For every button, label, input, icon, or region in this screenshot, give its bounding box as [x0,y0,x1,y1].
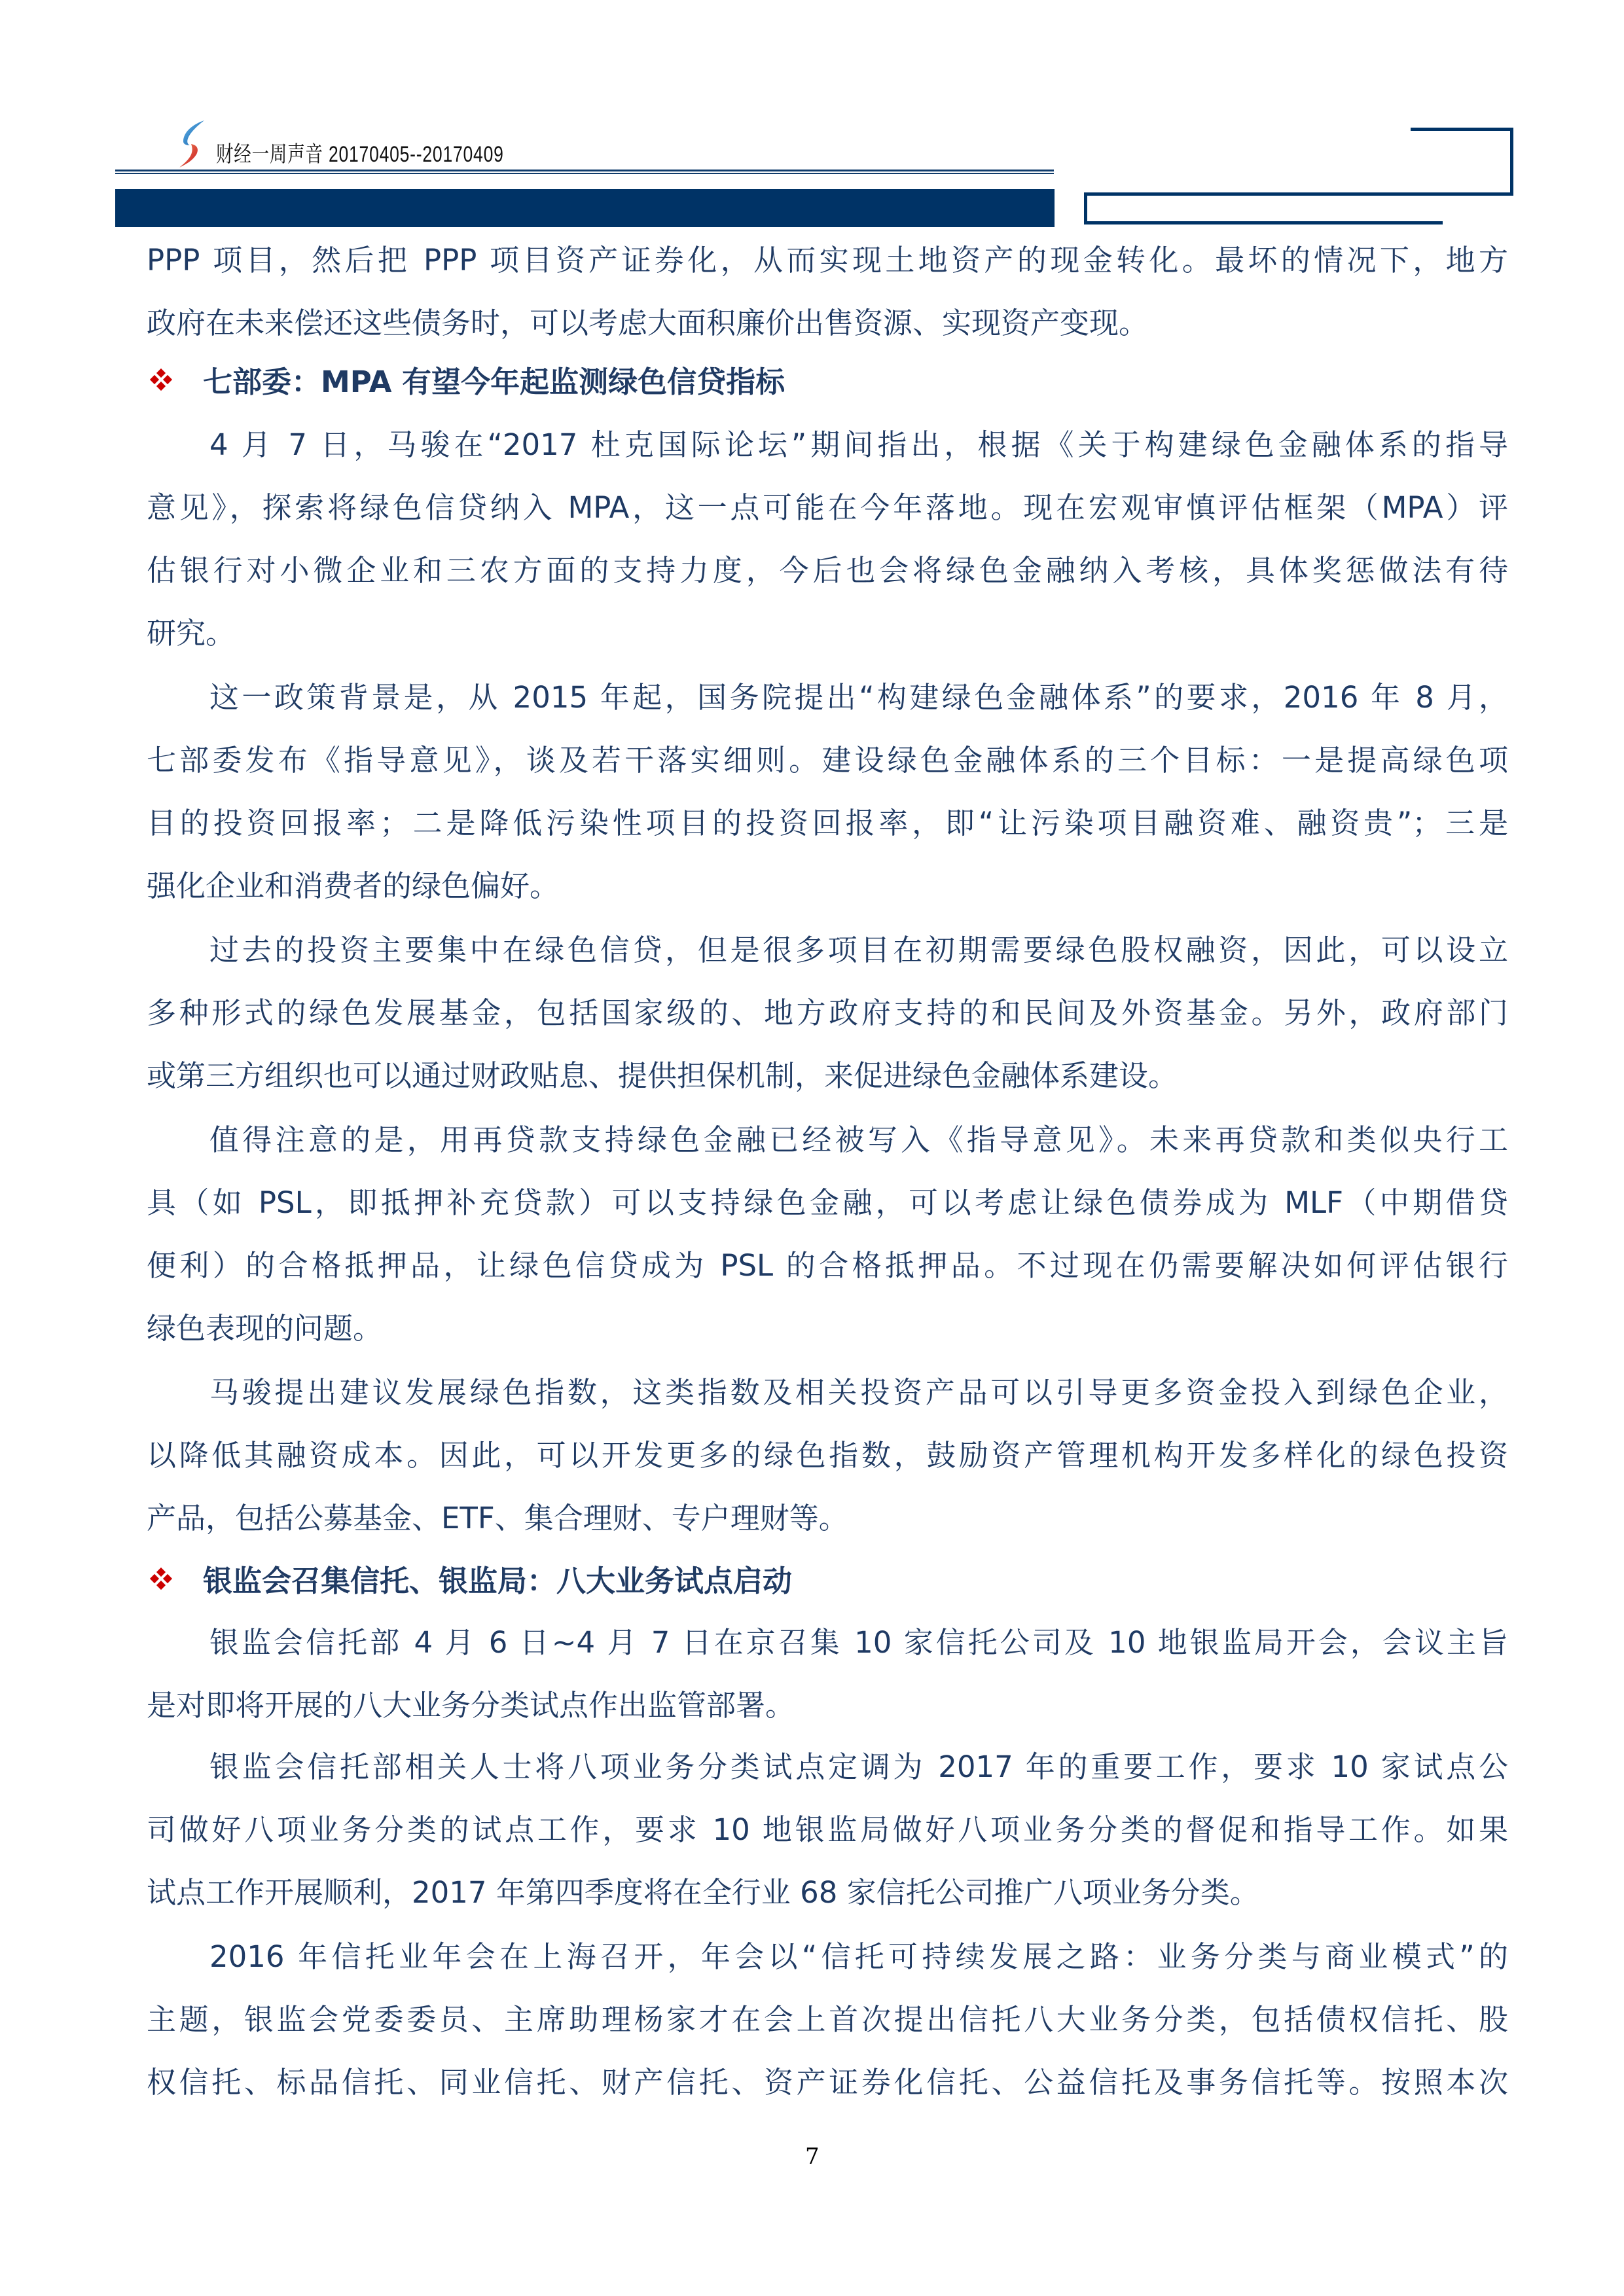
header-rule [115,173,1054,174]
body-line: 4 月 7 日，马骏在“2017 杜克国际论坛”期间指出，根据《关于构建绿色金融… [209,427,1508,463]
section-heading: 七部委：MPA 有望今年起监测绿色信贷指标 [203,364,785,401]
body-line: 银监会信托部 4 月 6 日~4 月 7 日在京召集 10 家信托公司及 10 … [209,1624,1508,1661]
body-line: 主题，银监会党委委员、主席助理杨家才在会上首次提出信托八大业务分类，包括债权信托… [147,2001,1508,2038]
logo-icon [175,119,209,169]
body-line: 银监会信托部相关人士将八项业务分类试点定调为 2017 年的重要工作，要求 10… [209,1749,1508,1785]
body-line: 具（如 PSL，即抵押补充贷款）可以支持绿色金融，可以考虑让绿色债券成为 MLF… [147,1185,1508,1221]
body-line: 政府在未来偿还这些债务时，可以考虑大面积廉价出售资源、实现资产变现。 [147,305,1508,342]
body-line: 试点工作开展顺利，2017 年第四季度将在全行业 68 家信托公司推广八项业务分… [147,1874,1508,1911]
body-line: 估银行对小微企业和三农方面的支持力度，今后也会将绿色金融纳入考核，具体奖惩做法有… [147,552,1508,589]
body-line: 马骏提出建议发展绿色指数，这类指数及相关投资产品可以引导更多资金投入到绿色企业， [209,1374,1508,1411]
document-page: 财经一周声音 20170405--20170409 PPP 项目，然后把 PPP… [0,0,1624,2296]
body-line: 强化企业和消费者的绿色偏好。 [147,868,1508,905]
body-line: 目的投资回报率；二是降低污染性项目的投资回报率，即“让污染项目融资难、融资贵”；… [147,805,1508,842]
body-line: PPP 项目，然后把 PPP 项目资产证券化，从而实现土地资产的现金转化。最坏的… [147,242,1508,279]
header-rule [115,170,1054,171]
body-line: 是对即将开展的八大业务分类试点作出监管部署。 [147,1687,1508,1724]
body-line: 产品，包括公募基金、ETF、集合理财、专户理财等。 [147,1500,1508,1537]
section-heading: 银监会召集信托、银监局：八大业务试点启动 [203,1563,792,1600]
body-line: 以降低其融资成本。因此，可以开发更多的绿色指数，鼓励资产管理机构开发多样化的绿色… [147,1437,1508,1474]
body-line: 意见》，探索将绿色信贷纳入 MPA，这一点可能在今年落地。现在宏观审慎评估框架（… [147,490,1508,526]
header-title: 财经一周声音 20170405--20170409 [216,140,504,169]
body-line: 研究。 [147,615,1508,652]
body-line: 司做好八项业务分类的试点工作，要求 10 地银监局做好八项业务分类的督促和指导工… [147,1812,1508,1848]
body-line: 这一政策背景是，从 2015 年起，国务院提出“构建绿色金融体系”的要求，201… [209,679,1508,716]
header-navy-bar [115,189,1055,227]
body-line: 绿色表现的问题。 [147,1310,1508,1347]
header-outline-rule [1084,221,1443,224]
body-line: 七部委发布《指导意见》，谈及若干落实细则。建设绿色金融体系的三个目标：一是提高绿… [147,742,1508,779]
body-line: 便利）的合格抵押品，让绿色信贷成为 PSL 的合格抵押品。不过现在仍需要解决如何… [147,1247,1508,1284]
header-outline-box [1084,192,1510,224]
body-line: 过去的投资主要集中在绿色信贷，但是很多项目在初期需要绿色股权融资，因此，可以设立 [209,932,1508,969]
body-line: 或第三方组织也可以通过财政贴息、提供担保机制，来促进绿色金融体系建设。 [147,1058,1508,1094]
diamond-bullet-icon [148,1567,174,1593]
body-line: 权信托、标品信托、同业信托、财产信托、资产证券化信托、公益信托及事务信托等。按照… [147,2064,1508,2101]
page-number: 7 [805,2144,820,2170]
header-corner-bracket [1411,128,1513,196]
body-line: 2016 年信托业年会在上海召开，年会以“信托可持续发展之路：业务分类与商业模式… [209,1939,1508,1975]
body-line: 值得注意的是，用再贷款支持绿色金融已经被写入《指导意见》。未来再贷款和类似央行工 [209,1122,1508,1158]
body-line: 多种形式的绿色发展基金，包括国家级的、地方政府支持的和民间及外资基金。另外，政府… [147,995,1508,1031]
diamond-bullet-icon [148,368,174,394]
